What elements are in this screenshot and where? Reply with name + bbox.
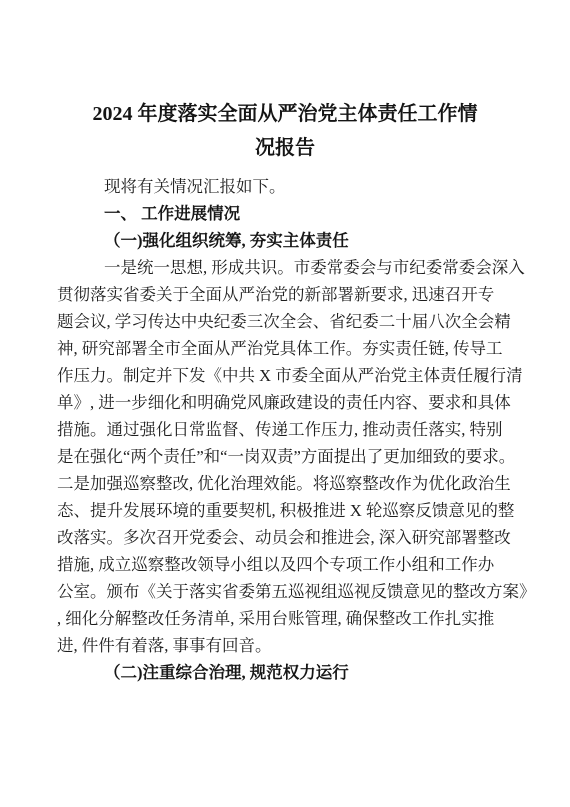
paragraph-line: 二是加强巡察整改, 优化治理效能。将巡察整改作为优化政治生 bbox=[57, 470, 512, 497]
paragraph-line: 一是统一思想, 形成共识。市委常委会与市纪委常委会深入 bbox=[57, 254, 512, 281]
paragraph-line: 措施, 成立巡察整改领导小组以及四个专项工作小组和工作办 bbox=[57, 551, 512, 578]
paragraph-line: 神, 研究部署全市全面从严治党具体工作。夯实责任链, 传导工 bbox=[57, 335, 512, 362]
paragraph-line: 单》, 进一步细化和明确党风廉政建设的责任内容、要求和具体 bbox=[57, 389, 512, 416]
paragraph-line: 态、提升发展环境的重要契机, 积极推进 X 轮巡察反馈意见的整 bbox=[57, 497, 512, 524]
paragraph-line: , 细化分解整改任务清单, 采用台账管理, 确保整改工作扎实推 bbox=[57, 605, 512, 632]
intro-paragraph: 现将有关情况汇报如下。 bbox=[57, 173, 512, 200]
paragraph-line: 措施。通过强化日常监督、传递工作压力, 推动责任落实, 特别 bbox=[57, 416, 512, 443]
document-title-line-1: 2024 年度落实全面从严治党主体责任工作情 bbox=[0, 97, 570, 131]
subsection-1-1-heading: （一)强化组织统筹, 夯实主体责任 bbox=[57, 227, 512, 254]
document-title-line-2: 况报告 bbox=[0, 131, 570, 165]
paragraph-line: 公室。颁布《关于落实省委第五巡视组巡视反馈意见的整改方案》 bbox=[57, 578, 512, 605]
paragraph-line: 作压力。制定并下发《中共 X 市委全面从严治党主体责任履行清 bbox=[57, 362, 512, 389]
section-1-heading: 一、 工作进展情况 bbox=[57, 200, 512, 227]
document-page: 2024 年度落实全面从严治党主体责任工作情 况报告 现将有关情况汇报如下。 一… bbox=[0, 0, 570, 807]
paragraph-line: 题会议, 学习传达中央纪委三次全会、省纪委二十届八次全会精 bbox=[57, 308, 512, 335]
paragraph-line: 贯彻落实省委关于全面从严治党的新部署新要求, 迅速召开专 bbox=[57, 281, 512, 308]
paragraph-line: 改落实。多次召开党委会、动员会和推进会, 深入研究部署整改 bbox=[57, 524, 512, 551]
body-paragraph: 一是统一思想, 形成共识。市委常委会与市纪委常委会深入 贯彻落实省委关于全面从严… bbox=[57, 254, 512, 659]
subsection-1-2-heading: （二)注重综合治理, 规范权力运行 bbox=[57, 659, 512, 686]
document-body: 现将有关情况汇报如下。 一、 工作进展情况 （一)强化组织统筹, 夯实主体责任 … bbox=[0, 165, 570, 686]
paragraph-line: 进, 件件有着落, 事事有回音。 bbox=[57, 632, 512, 659]
document-title: 2024 年度落实全面从严治党主体责任工作情 况报告 bbox=[0, 97, 570, 165]
paragraph-line: 是在强化“两个责任”和“一岗双责”方面提出了更加细致的要求。 bbox=[57, 443, 512, 470]
